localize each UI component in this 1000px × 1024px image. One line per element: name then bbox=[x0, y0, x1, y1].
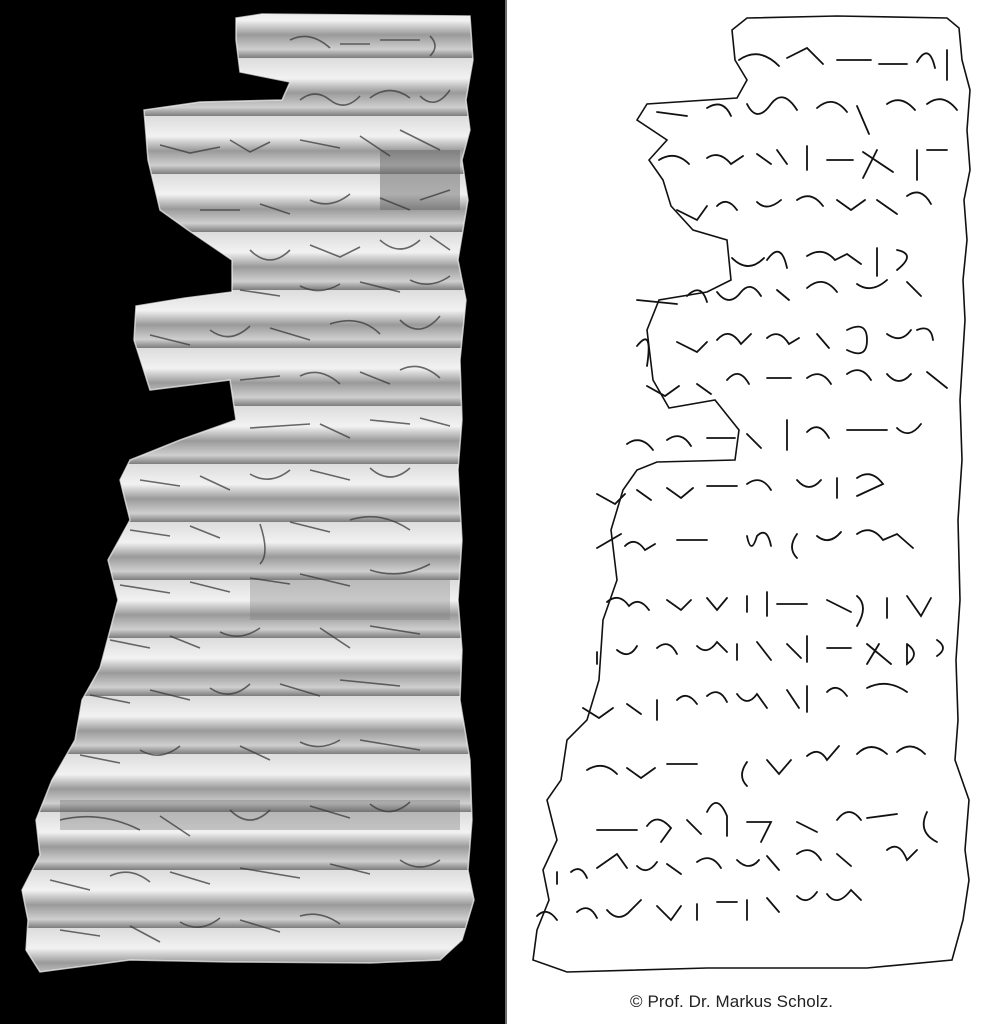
copyright-caption: © Prof. Dr. Markus Scholz. bbox=[630, 992, 833, 1012]
drawing-outline bbox=[507, 0, 1000, 1024]
silver-sheet-image bbox=[0, 0, 505, 1024]
transcribed-script bbox=[537, 48, 957, 920]
transcription-drawing bbox=[507, 0, 1000, 1024]
scroll-photograph bbox=[0, 0, 505, 1024]
